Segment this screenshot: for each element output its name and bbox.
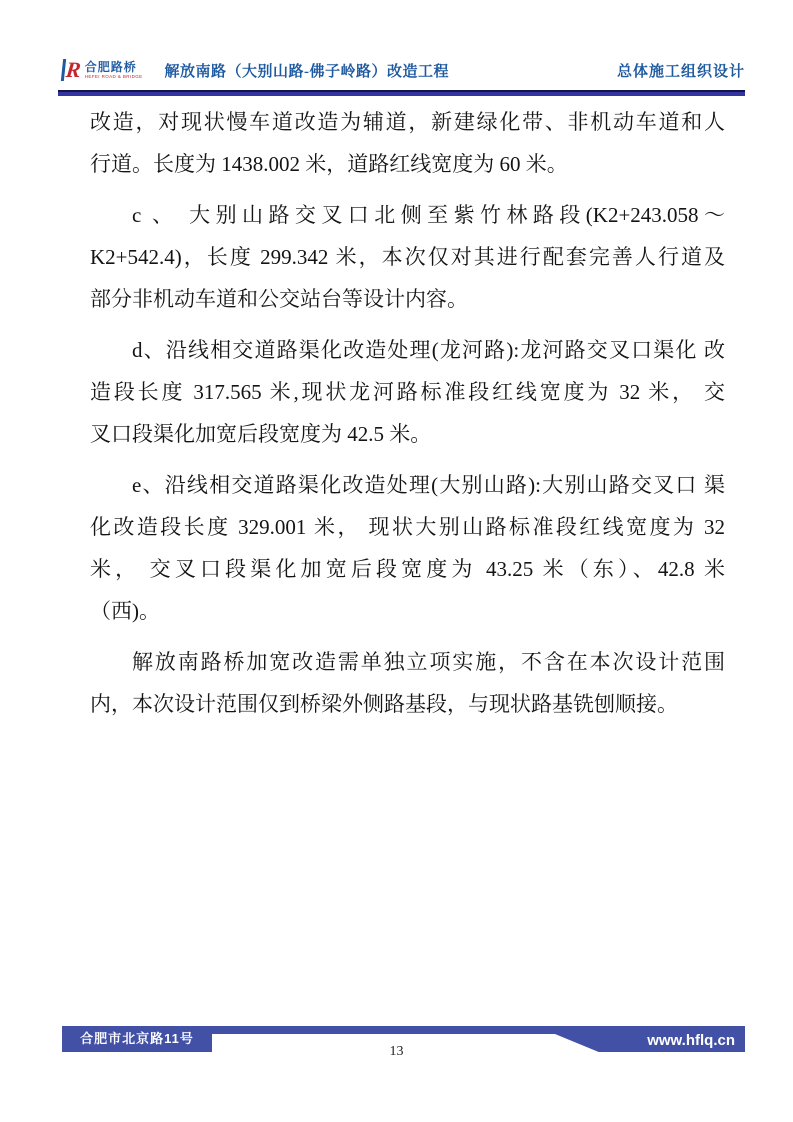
paragraph: d、沿线相交道路渠化改造处理(龙河路):龙河路交叉口渠化 改造段长度 317.5…	[90, 329, 725, 455]
text-line: 改造，对现状慢车道改造为辅道，新建绿化带、非机动车道和人	[90, 101, 725, 143]
paragraph: 改造，对现状慢车道改造为辅道，新建绿化带、非机动车道和人行道。长度为 1438.…	[90, 101, 725, 185]
page-number: 13	[0, 1044, 793, 1060]
logo-mark-icon: R	[61, 59, 82, 81]
header-project-title: 解放南路（大别山路-佛子岭路）改造工程	[165, 60, 450, 81]
text-line: 行道。长度为 1438.002 米，道路红线宽度为 60 米。	[90, 143, 725, 185]
page-header: R 合肥路桥 HEFEI ROAD & BRIDGE 解放南路（大别山路-佛子岭…	[62, 54, 745, 86]
text-line: K2+542.4)，长度 299.342 米，本次仅对其进行配套完善人行道及	[90, 236, 725, 278]
text-line: e、沿线相交道路渠化改造处理(大别山路):大别山路交叉口 渠	[90, 464, 725, 506]
company-logo: R 合肥路桥 HEFEI ROAD & BRIDGE	[62, 59, 143, 81]
paragraph: c 、 大别山路交叉口北侧至紫竹林路段(K2+243.058～K2+542.4)…	[90, 194, 725, 320]
header-doc-title: 总体施工组织设计	[617, 60, 745, 81]
text-line: 解放南路桥加宽改造需单独立项实施，不含在本次设计范围	[90, 641, 725, 683]
paragraph: e、沿线相交道路渠化改造处理(大别山路):大别山路交叉口 渠化改造段长度 329…	[90, 464, 725, 632]
document-body: 改造，对现状慢车道改造为辅道，新建绿化带、非机动车道和人行道。长度为 1438.…	[90, 101, 725, 734]
text-line: 叉口段渠化加宽后段宽度为 42.5 米。	[90, 413, 725, 455]
logo-name-cn: 合肥路桥	[85, 61, 143, 74]
logo-text: 合肥路桥 HEFEI ROAD & BRIDGE	[85, 61, 143, 80]
text-line: （西)。	[90, 590, 725, 632]
header-rule	[58, 90, 745, 96]
text-line: 化改造段长度 329.001 米， 现状大别山路标准段红线宽度为 32	[90, 506, 725, 548]
text-line: 米， 交叉口段渠化加宽后段宽度为 43.25 米（东）、42.8 米	[90, 548, 725, 590]
text-line: 部分非机动车道和公交站台等设计内容。	[90, 278, 725, 320]
text-line: c 、 大别山路交叉口北侧至紫竹林路段(K2+243.058～	[90, 194, 725, 236]
logo-name-en: HEFEI ROAD & BRIDGE	[85, 74, 143, 80]
document-page: R 合肥路桥 HEFEI ROAD & BRIDGE 解放南路（大别山路-佛子岭…	[0, 0, 793, 1122]
text-line: 造段长度 317.565 米,现状龙河路标准段红线宽度为 32 米， 交	[90, 371, 725, 413]
paragraph: 解放南路桥加宽改造需单独立项实施，不含在本次设计范围内，本次设计范围仅到桥梁外侧…	[90, 641, 725, 725]
text-line: 内，本次设计范围仅到桥梁外侧路基段，与现状路基铣刨顺接。	[90, 683, 725, 725]
text-line: d、沿线相交道路渠化改造处理(龙河路):龙河路交叉口渠化 改	[90, 329, 725, 371]
